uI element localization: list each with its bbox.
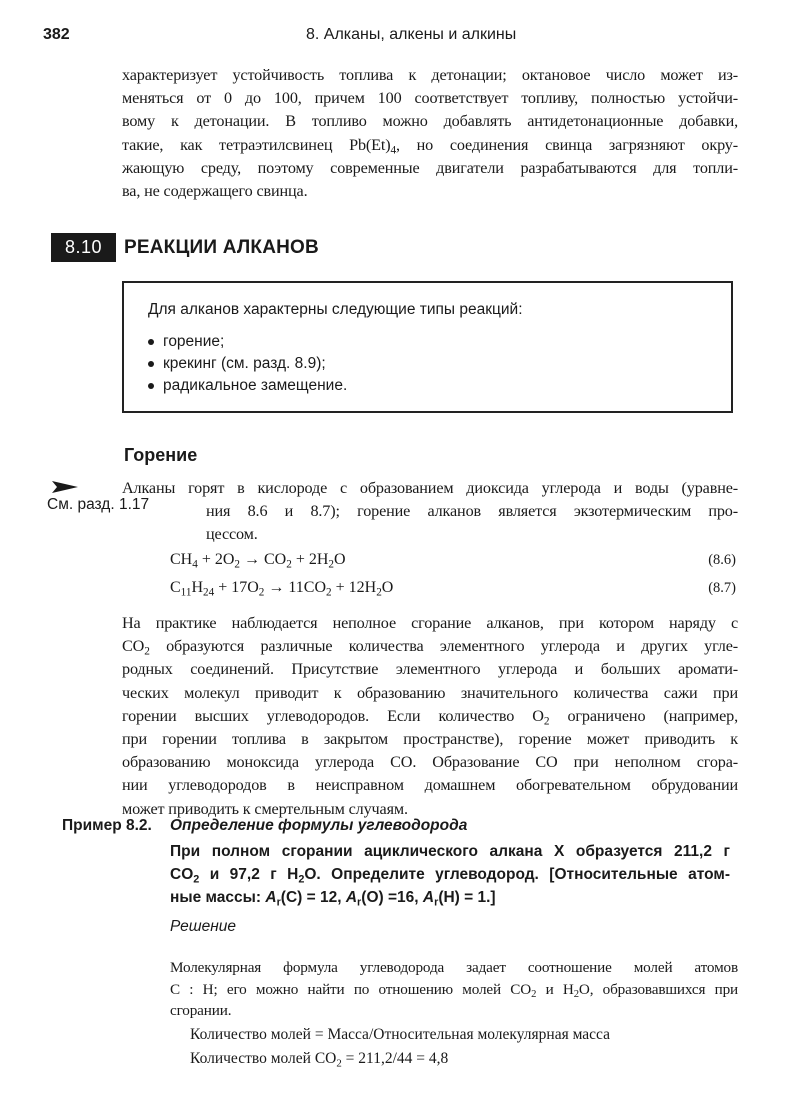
text-line: характеризует устойчивость топлива к дет… — [122, 64, 738, 87]
text-line: жающую среду, поэтому современные двигат… — [122, 157, 738, 180]
equation-8-6: CH4 + 2O2 → CO2 + 2H2O — [170, 551, 346, 569]
example-label: Пример 8.2. — [62, 817, 152, 835]
section-title: РЕАКЦИИ АЛКАНОВ — [124, 235, 319, 261]
text-line: вому к детонации. В топливо можно добавл… — [122, 110, 738, 133]
calculation-line: Количество молей CO2 = 211,2/44 = 4,8 — [190, 1050, 448, 1068]
running-head: 8. Алканы, алкены и алкины — [306, 26, 516, 44]
text-line: ные массы: Ar(C) = 12, Ar(O) =16, Ar(H) … — [170, 886, 730, 909]
equation-number: (8.7) — [708, 580, 736, 597]
list-item-text: радикальное замещение. — [163, 375, 347, 397]
text-line: родных соединений. Присутствие элементно… — [122, 658, 738, 681]
text-line: ва, не содержащего свинца. — [122, 180, 738, 203]
text-line: CO2 и 97,2 г H2O. Определите углеводород… — [170, 863, 730, 886]
equation-8-7: C11H24 + 17O2 → 11CO2 + 12H2O — [170, 579, 393, 597]
bullet-icon — [148, 383, 154, 389]
text-line: сгорании. — [170, 1000, 738, 1022]
text-line: C : H; его можно найти по отношению моле… — [170, 979, 738, 1001]
text-line: образованию моноксида углерода CO. Образ… — [122, 751, 738, 774]
text-line: меняться от 0 до 100, причем 100 соответ… — [122, 87, 738, 110]
text-line: такие, как тетраэтилсвинец Pb(Et)4, но с… — [122, 134, 738, 157]
list-item: горение; — [148, 331, 347, 353]
text-line: ческих молекул приводит к образованию зн… — [122, 682, 738, 705]
solution-label: Решение — [170, 918, 236, 936]
text-line: CO2 образуются различные количества элем… — [122, 635, 738, 658]
text-line: Молекулярная формула углеводорода задает… — [170, 957, 738, 979]
subsection-title: Горение — [124, 445, 197, 466]
reaction-types-list: горение; крекинг (см. разд. 8.9); радика… — [148, 331, 347, 397]
text-line: горении высших углеводородов. Если колич… — [122, 705, 738, 728]
arrow-pointer-icon — [52, 481, 78, 493]
summary-box-lead: Для алканов характерны следующие типы ре… — [148, 301, 523, 319]
page-number: 382 — [43, 26, 70, 44]
text-line: ния 8.6 и 8.7); горение алканов является… — [122, 500, 738, 523]
intro-paragraph: характеризует устойчивость топлива к дет… — [122, 64, 738, 203]
example-title: Определение формулы углеводорода — [170, 817, 467, 835]
text-line: На практике наблюдается неполное сгорани… — [122, 612, 738, 635]
list-item-text: горение; — [163, 331, 224, 353]
list-item-text: крекинг (см. разд. 8.9); — [163, 353, 326, 375]
text-line: цессом. — [122, 523, 738, 546]
incomplete-combustion-paragraph: На практике наблюдается неполное сгорани… — [122, 612, 738, 821]
text-line: Алканы горят в кислороде с образованием … — [122, 477, 738, 500]
example-problem: При полном сгорании ациклического алкана… — [170, 840, 730, 909]
summary-box: Для алканов характерны следующие типы ре… — [122, 281, 733, 413]
combustion-paragraph: Алканы горят в кислороде с образованием … — [122, 477, 738, 547]
text-line: При полном сгорании ациклического алкана… — [170, 840, 730, 863]
section-number-badge: 8.10 — [51, 233, 116, 262]
text-line: при горении топлива в закрытом пространс… — [122, 728, 738, 751]
list-item: радикальное замещение. — [148, 375, 347, 397]
equation-number: (8.6) — [708, 552, 736, 569]
text-line: нии углеводородов в неисправном домашнем… — [122, 774, 738, 797]
list-item: крекинг (см. разд. 8.9); — [148, 353, 347, 375]
solution-paragraph: Молекулярная формула углеводорода задает… — [170, 957, 738, 1022]
calculation-line: Количество молей = Масса/Относительная м… — [190, 1026, 610, 1044]
bullet-icon — [148, 339, 154, 345]
bullet-icon — [148, 361, 154, 367]
